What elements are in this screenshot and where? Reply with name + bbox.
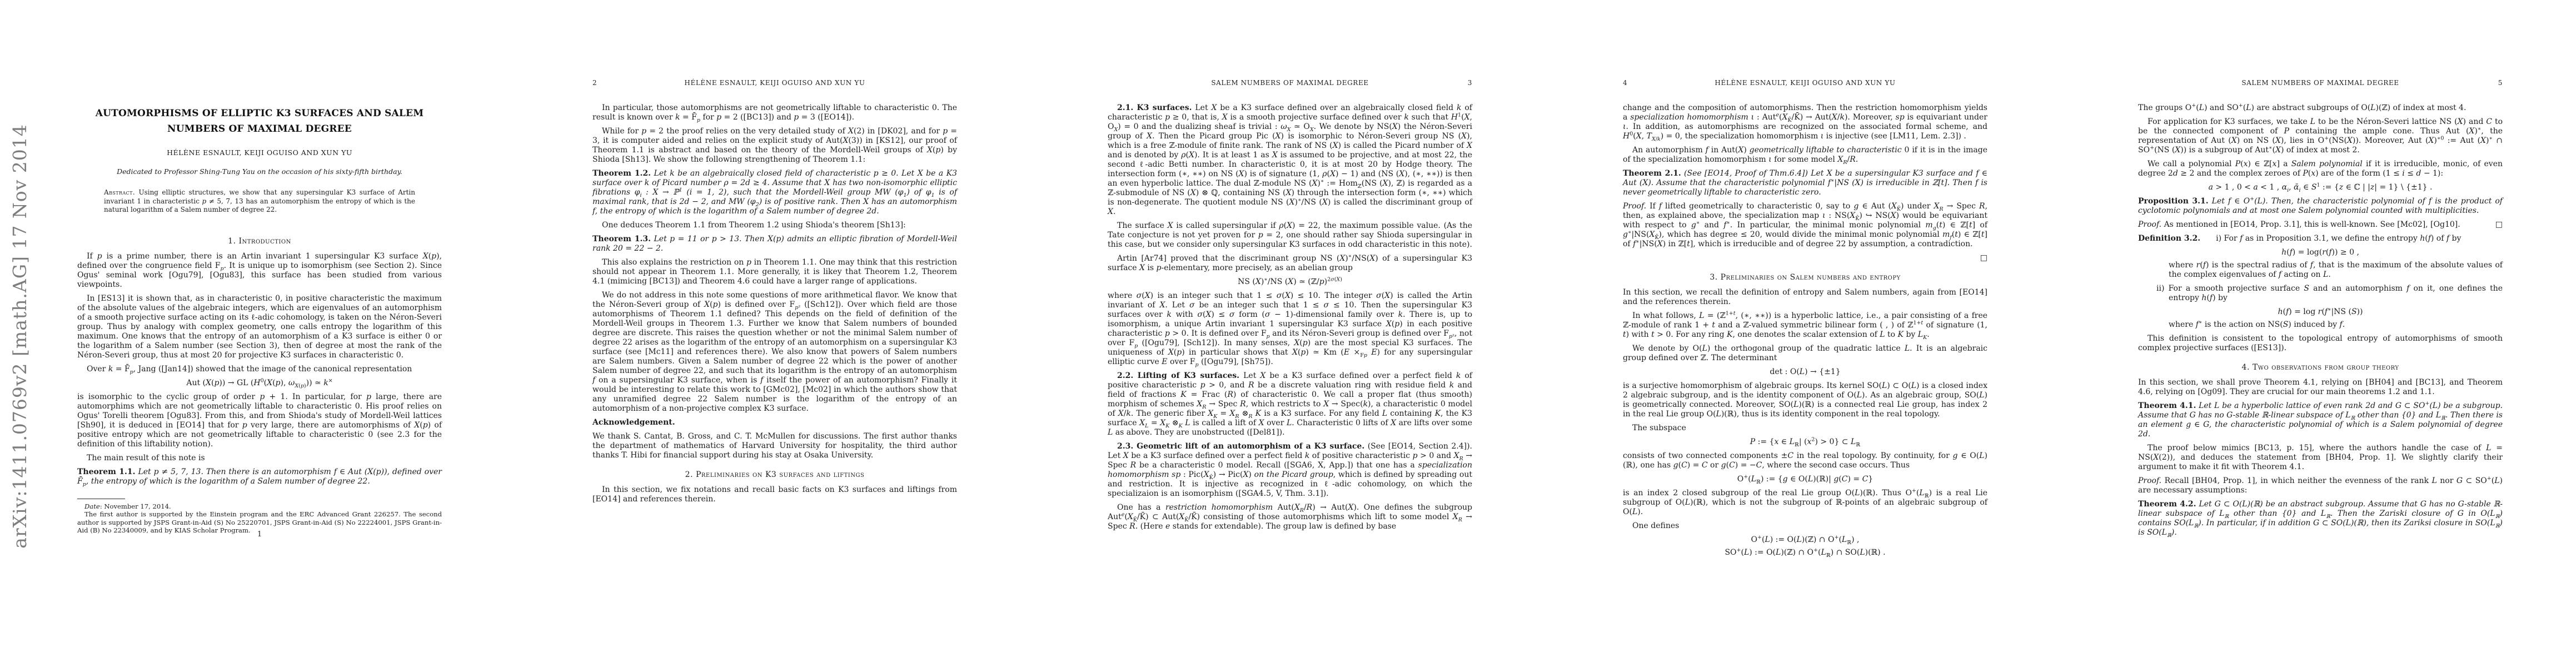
paragraph: In this section, we shall prove Theorem … (2138, 378, 2503, 397)
paragraph: is isomorphic to the cyclic group of ord… (77, 392, 442, 449)
footnote-rule (77, 499, 125, 499)
paragraph: While for p = 2 the proof relies on the … (592, 127, 957, 165)
section-2-heading: 2. Preliminaries on K3 surfaces and lift… (592, 470, 957, 480)
display-formula: O+(Lℝ) := {g ∈ O(L)(ℝ)| g(C) = C} (1623, 475, 1987, 484)
paragraph: The groups O+(L) and SO+(L) are abstract… (2138, 103, 2503, 113)
page-number: 5 (2477, 79, 2503, 87)
display-formula: a > 1 , 0 < a < 1 , αi, ᾱi ∈ S1 := {z ∈ … (2138, 183, 2503, 192)
paragraph: This definition is consistent to the top… (2138, 334, 2503, 353)
page-2-content: In particular, those automorphisms are n… (592, 99, 957, 509)
subsection-2-1: 2.1. K3 surfaces. Let X be a K3 surface … (1108, 103, 1472, 217)
paragraph: In this section, we recall the definitio… (1623, 288, 1987, 307)
page-number: 2 (592, 79, 618, 87)
running-head-spacer (1962, 79, 1987, 87)
qed-box: □ (1623, 253, 1987, 263)
display-formula: Aut (X(p)) → GL (H0(X(p), ωX(p))) ≃ k× (77, 379, 442, 388)
theorem-2-1: Theorem 2.1. (See [EO14, Proof of Thm.6.… (1623, 169, 1987, 197)
definition-item-ii-continued: where f∗ is the action on NS(S) induced … (2138, 320, 2503, 330)
theorem-4-2: Theorem 4.2. Let G ⊂ O(L)(ℝ) be an abstr… (2138, 500, 2503, 537)
definition-item-i: i) For f as in Proposition 3.1, we defin… (2216, 234, 2461, 243)
paragraph: One has a restriction homomorphism Aut(X… (1108, 503, 1472, 531)
authors-line: HÉLÈNE ESNAULT, KEIJI OGUISO AND XUN YU (77, 148, 442, 157)
definition-3-2: Definition 3.2. i) For f as in Propositi… (2138, 234, 2503, 243)
paragraph: We do not address in this note some ques… (592, 291, 957, 414)
theorem-1-1: Theorem 1.1. Let p ≠ 5, 7, 13. Then ther… (77, 467, 442, 486)
subsection-2-3: 2.3. Geometric lift of an automorphism o… (1108, 442, 1472, 499)
footnote-date: Date: November 17, 2014. (77, 502, 442, 510)
proposition-3-1: Proposition 3.1. Let f ∈ O+(L). Then, th… (2138, 197, 2503, 216)
paragraph: The surface X is called supersingular if… (1108, 221, 1472, 250)
running-head: 4 HÉLÈNE ESNAULT, KEIJI OGUISO AND XUN Y… (1623, 79, 1987, 87)
paragraph: Over k = F̄p, Jang ([Jan14]) showed that… (77, 365, 442, 374)
subsection-label: 2.2. Lifting of K3 surfaces. (1117, 371, 1239, 380)
definition-label: Definition 3.2. (2138, 234, 2200, 243)
paragraph: We thank S. Cantat, B. Gross, and C. T. … (592, 432, 957, 460)
paragraph: In particular, those automorphisms are n… (592, 103, 957, 122)
proof-text: Recall [BH04, Prop. 1], in which neither… (2138, 476, 2503, 495)
proof-label: Proof. (2138, 476, 2161, 485)
paragraph: This also explains the restriction on p … (592, 258, 957, 286)
paper-title-line1: AUTOMORPHISMS OF ELLIPTIC K3 SURFACES AN… (77, 106, 442, 121)
proof-2-1: Proof. If f lifted geometrically to char… (1623, 202, 1987, 249)
acknowledgement: Acknowledgement. (592, 418, 957, 427)
qed-box: □ (2495, 220, 2503, 230)
paper-scan: { "doc": { "background": "#ffffff", "tex… (0, 0, 2576, 667)
running-head-title: SALEM NUMBERS OF MAXIMAL DEGREE (2164, 79, 2477, 87)
theorem-4-1: Theorem 4.1. Let L be a hyperbolic latti… (2138, 401, 2503, 439)
display-formula: NS (X)∗/NS (X) ≃ (ℤ/p)2σ(X) (1108, 277, 1472, 287)
paragraph: change and the composition of automorphi… (1623, 103, 1987, 141)
page-5: SALEM NUMBERS OF MAXIMAL DEGREE 5 The gr… (2061, 0, 2576, 667)
paragraph: is an index 2 closed subgroup of the rea… (1623, 489, 1987, 517)
running-head-spacer (2138, 79, 2164, 87)
dedication: Dedicated to Professor Shing-Tung Yau on… (77, 167, 442, 176)
page-4: 4 HÉLÈNE ESNAULT, KEIJI OGUISO AND XUN Y… (1546, 0, 2061, 667)
definition-item-ii: ii) For a smooth projective surface S an… (2138, 284, 2503, 303)
page-4-content: change and the composition of automorphi… (1623, 99, 1987, 561)
paragraph: We call a polynomial P(x) ∈ ℤ[x] a Salem… (2138, 160, 2503, 178)
section-1-heading: 1. Introduction (77, 237, 442, 246)
display-formula: h(f) = log r(f∗|NS (S)) (2138, 307, 2503, 317)
acknowledgement-label: Acknowledgement. (592, 418, 675, 427)
running-head-title: HÉLÈNE ESNAULT, KEIJI OGUISO AND XUN YU (618, 79, 931, 87)
paragraph: Artin [Ar74] proved that the discriminan… (1108, 254, 1472, 273)
page-5-content: The groups O+(L) and SO+(L) are abstract… (2138, 99, 2503, 542)
running-head-title: HÉLÈNE ESNAULT, KEIJI OGUISO AND XUN YU (1648, 79, 1962, 87)
arxiv-watermark: arXiv:1411.0769v2 [math.AG] 17 Nov 2014 (9, 97, 33, 575)
paragraph: In this section, we fix notations and re… (592, 485, 957, 504)
display-formula: det : O(L) → {±1} (1623, 367, 1987, 377)
page-number: 3 (1447, 79, 1472, 87)
paragraph: where σ(X) is an integer such that 1 ≤ σ… (1108, 291, 1472, 367)
theorem-label: Theorem 1.3. (592, 235, 651, 243)
proof-text: If f lifted geometrically to characteris… (1623, 202, 1987, 248)
page-3: SALEM NUMBERS OF MAXIMAL DEGREE 3 2.1. K… (1030, 0, 1546, 667)
footnote-block: Date: November 17, 2014. The first autho… (77, 499, 442, 535)
display-formula: P := {x ∈ Lℝ| (x2) > 0} ⊂ Lℝ (1623, 437, 1987, 447)
paragraph: In what follows, L = (ℤ1+t, (∗, ∗∗)) is … (1623, 311, 1987, 340)
abstract-label: Abstract. (104, 188, 135, 196)
theorem-label: Theorem 4.1. (2138, 401, 2196, 410)
paragraph: The subspace (1623, 424, 1987, 433)
page-number: 4 (1623, 79, 1648, 87)
proposition-label: Proposition 3.1. (2138, 197, 2209, 206)
paper-title-line2: NUMBERS OF MAXIMAL DEGREE (77, 121, 442, 137)
running-head: SALEM NUMBERS OF MAXIMAL DEGREE 3 (1108, 79, 1472, 87)
proof-label: Proof. (2138, 220, 2161, 229)
display-formula: SO+(L) := O(L)(ℤ) ∩ O+(Lℝ) ∩ SO(L)(ℝ) . (1623, 548, 1987, 558)
page-2: 2 HÉLÈNE ESNAULT, KEIJI OGUISO AND XUN Y… (515, 0, 1030, 667)
page-1-content: AUTOMORPHISMS OF ELLIPTIC K3 SURFACES AN… (77, 106, 442, 491)
paragraph: An automorphism f in Aut(X) geometricall… (1623, 146, 1987, 165)
theorem-label: Theorem 1.2. (592, 169, 651, 178)
subsection-text: Let X be a K3 surface defined over a per… (1108, 371, 1472, 437)
subsection-label: 2.3. Geometric lift of an automorphism o… (1117, 442, 1364, 451)
proof-label: Proof. (1623, 202, 1646, 211)
display-formula: O+(L) := O(L)(ℤ) ∩ O+(Lℝ) , (1623, 535, 1987, 545)
subsection-text: Let X be a K3 surface defined over an al… (1108, 103, 1472, 216)
subsection-2-2: 2.2. Lifting of K3 surfaces. Let X be a … (1108, 371, 1472, 437)
paragraph: One defines (1623, 521, 1987, 531)
paragraph: For application for K3 surfaces, we take… (2138, 117, 2503, 155)
paragraph: If p is a prime number, there is an Arti… (77, 252, 442, 290)
running-head: SALEM NUMBERS OF MAXIMAL DEGREE 5 (2138, 79, 2503, 87)
paragraph: In [ES13] it is shown that, as in charac… (77, 294, 442, 360)
paragraph: The main result of this note is (77, 454, 442, 463)
abstract: Abstract. Using elliptic structures, we … (104, 188, 415, 215)
paragraph: We denote by O(L) the orthogonal group o… (1623, 344, 1987, 363)
running-head-spacer (1108, 79, 1133, 87)
paragraph: One deduces Theorem 1.1 from Theorem 1.2… (592, 221, 957, 230)
proof-3-1: □Proof. As mentioned in [EO14, Prop. 3.1… (2138, 220, 2503, 230)
page-1: arXiv:1411.0769v2 [math.AG] 17 Nov 2014 … (0, 0, 515, 667)
running-head-spacer (931, 79, 957, 87)
proof-4-1: Proof. Recall [BH04, Prop. 1], in which … (2138, 476, 2503, 495)
theorem-1-2: Theorem 1.2. Let k be an algebraically c… (592, 169, 957, 216)
page-number: 1 (77, 530, 442, 539)
running-head-title: SALEM NUMBERS OF MAXIMAL DEGREE (1133, 79, 1447, 87)
paragraph: The proof below mimics [BC13, p. 15], wh… (2138, 444, 2503, 472)
proof-text: As mentioned in [EO14, Prop. 3.1], this … (2164, 220, 2460, 229)
theorem-label: Theorem 2.1. (1623, 169, 1681, 178)
theorem-label: Theorem 1.1. (77, 467, 136, 476)
running-head: 2 HÉLÈNE ESNAULT, KEIJI OGUISO AND XUN Y… (592, 79, 957, 87)
paragraph: is a surjective homomorphism of algebrai… (1623, 381, 1987, 419)
section-3-heading: 3. Preliminaries on Salem numbers and en… (1623, 273, 1987, 282)
paragraph: consists of two connected components ±C … (1623, 451, 1987, 470)
section-4-heading: 4. Two observations from group theory (2138, 363, 2503, 372)
page-3-content: 2.1. K3 surfaces. Let X be a K3 surface … (1108, 99, 1472, 536)
definition-item-i-continued: where r(f) is the spectral radius of f, … (2138, 261, 2503, 280)
subsection-label: 2.1. K3 surfaces. (1117, 103, 1192, 112)
theorem-1-3: Theorem 1.3. Let p = 11 or p > 13. Then … (592, 235, 957, 253)
theorem-label: Theorem 4.2. (2138, 500, 2196, 509)
abstract-text: Using elliptic structures, we show that … (104, 188, 415, 213)
display-formula: h(f) = log(r(f)) ≥ 0 , (2138, 248, 2503, 257)
